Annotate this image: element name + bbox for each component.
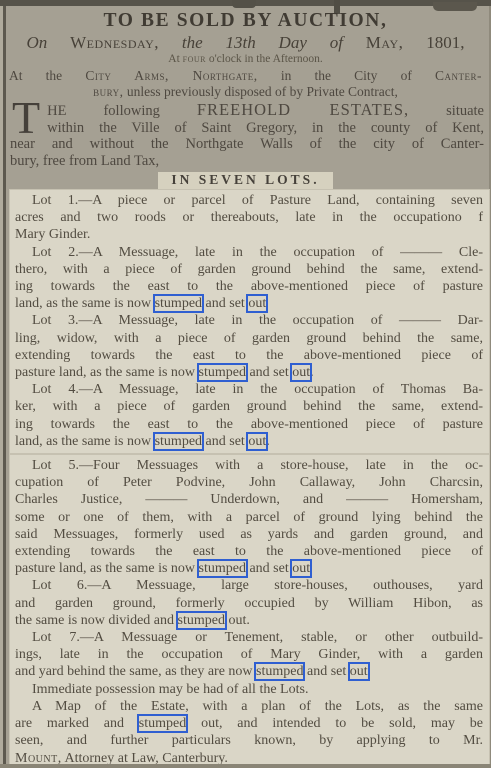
text-line: extending towards the east to the above-…	[15, 543, 483, 560]
text-segment: On	[27, 33, 71, 52]
search-hit-highlight[interactable]: stumped	[256, 664, 303, 679]
text-line: HE following FREEHOLD ESTATES, situate	[10, 102, 484, 120]
paragraph-lot-7: Lot 7.—A Messuage or Tenement, stable, o…	[15, 629, 483, 681]
text-segment: are marked and	[15, 716, 139, 731]
text-line: cupation of Peter Podvine, John Callaway…	[15, 474, 483, 491]
text-line: At four o'clock in the Afternoon.	[0, 53, 491, 66]
text-segment: .	[310, 365, 314, 380]
text-line: bury, unless previously disposed of by P…	[9, 84, 482, 100]
text-segment: Lot 5.—Four Messuages with a store-house…	[32, 458, 483, 473]
text-segment: some or one of them, with a parcel of gr…	[15, 510, 483, 525]
text-line: Immediate possession may be had of all t…	[15, 681, 483, 698]
text-segment: the 13th Day of	[159, 33, 366, 52]
text-line: TO BE SOLD BY AUCTION,	[0, 9, 491, 32]
text-line: the same is now divided and stumped out.	[15, 612, 483, 629]
text-segment: out.	[225, 613, 250, 628]
text-segment: o'clock in the Afternoon.	[206, 53, 323, 65]
text-line: near and without the Northgate Walls of …	[10, 136, 484, 153]
text-line: seen, and further particulars known, by …	[15, 732, 483, 749]
text-segment: Immediate possession may be had of all t…	[32, 682, 308, 697]
freehold-estates-paragraph: T HE following FREEHOLD ESTATES, situate…	[0, 102, 491, 169]
text-line: bury, free from Land Tax,	[10, 153, 484, 170]
text-segment: TO BE SOLD BY AUCTION,	[104, 10, 388, 31]
text-segment: 1801,	[403, 33, 464, 52]
text-segment: and set	[202, 296, 248, 311]
newspaper-clipping: { "colors": { "outer_background": "#a5a0…	[0, 0, 491, 768]
text-segment: Wednesday,	[70, 33, 159, 52]
search-hit-highlight[interactable]: out	[292, 561, 310, 576]
paragraph-lot-3: Lot 3.—A Messuage, late in the occupatio…	[15, 312, 483, 381]
text-segment: extending towards the east to the above-…	[15, 544, 483, 559]
text-segment: Lot 1.—A piece or parcel of Pasture Land…	[32, 193, 483, 208]
text-line: Charles Justice, ——— Underdown, and ——— …	[15, 491, 483, 508]
text-line: Lot 1.—A piece or parcel of Pasture Land…	[15, 192, 483, 209]
text-line: ling, widow, with a piece of garden grou…	[15, 330, 483, 347]
text-segment: HE following	[47, 103, 197, 119]
text-line: pasture land, as the same is now stumped…	[15, 364, 483, 381]
text-segment: bury, free from Land Tax,	[10, 153, 159, 169]
text-segment: A Map of the Estate, with a plan of the …	[32, 699, 483, 714]
search-hit-highlight[interactable]: stumped	[199, 561, 246, 576]
paragraph-lot-6: Lot 6.—A Messuage, large store-houses, o…	[15, 577, 483, 629]
text-line: extending towards the east to the above-…	[15, 347, 483, 364]
lots-text-area: Lot 1.—A piece or parcel of Pasture Land…	[0, 190, 491, 768]
text-segment: out, and intended to be sold, may be	[186, 716, 483, 731]
search-hit-highlight[interactable]: stumped	[199, 365, 246, 380]
text-line: Lot 3.—A Messuage, late in the occupatio…	[15, 312, 483, 329]
search-hit-highlight[interactable]: stumped	[155, 296, 202, 311]
text-line: acres and two roods or thereabouts, late…	[15, 209, 483, 226]
paragraph-lot-1: Lot 1.—A piece or parcel of Pasture Land…	[15, 192, 483, 244]
auction-notice-header: TO BE SOLD BY AUCTION,On Wednesday, the …	[0, 0, 491, 190]
search-result-highlight-block: Lot 5.—Four Messuages with a store-house…	[10, 455, 489, 768]
text-segment: in the City of	[258, 68, 435, 83]
text-line: Lot 7.—A Messuage or Tenement, stable, o…	[15, 629, 483, 646]
text-segment: Canter-	[435, 68, 482, 83]
text-segment: Mary Ginder.	[15, 227, 90, 242]
search-hit-highlight[interactable]: out	[350, 664, 368, 679]
text-segment: thero, with a piece of garden ground beh…	[15, 262, 483, 277]
text-segment: Lot 7.—A Messuage or Tenement, stable, o…	[32, 630, 483, 645]
text-segment: At	[168, 53, 182, 65]
text-line: On Wednesday, the 13th Day of May, 1801,	[27, 33, 465, 52]
text-line: At the City Arms, Northgate, in the City…	[9, 68, 482, 84]
text-segment: acres and two roods or thereabouts, late…	[15, 210, 483, 225]
header-title-lines: TO BE SOLD BY AUCTION,On Wednesday, the …	[0, 9, 491, 66]
text-line: some or one of them, with a parcel of gr…	[15, 509, 483, 526]
text-segment: Charles Justice, ——— Underdown, and ——— …	[15, 492, 483, 507]
text-segment: said Messuages, formerly used as yards a…	[15, 527, 483, 542]
text-segment: and set	[246, 365, 292, 380]
text-segment: the same is now divided and	[15, 613, 178, 628]
text-line: ing towards the east to the above-mentio…	[15, 278, 483, 295]
text-segment: At the	[9, 68, 85, 83]
search-hit-highlight[interactable]: stumped	[139, 716, 186, 731]
text-line: ings, late in the occupation of Mary Gin…	[15, 646, 483, 663]
paragraph-lot-4: Lot 4.—A Messuage, late in the occupatio…	[15, 381, 483, 450]
text-segment: within the Ville of Saint Gregory, in th…	[47, 120, 484, 136]
text-segment: and set	[303, 664, 349, 679]
text-line: thero, with a piece of garden ground beh…	[15, 261, 483, 278]
text-line: within the Ville of Saint Gregory, in th…	[10, 120, 484, 137]
text-segment: ing towards the east to the above-mentio…	[15, 417, 483, 432]
text-segment: FREEHOLD ESTATES,	[197, 100, 409, 119]
in-seven-lots-row: IN SEVEN LOTS.	[0, 171, 491, 190]
text-line: Lot 5.—Four Messuages with a store-house…	[15, 457, 483, 474]
text-segment: Lot 6.—A Messuage, large store-houses, o…	[32, 578, 483, 593]
text-segment: May,	[366, 33, 404, 52]
text-segment: and set	[246, 561, 292, 576]
text-segment: Lot 3.—A Messuage, late in the occupatio…	[32, 313, 483, 328]
text-line: Lot 4.—A Messuage, late in the occupatio…	[15, 381, 483, 398]
text-segment: cupation of Peter Podvine, John Callaway…	[15, 475, 483, 490]
text-segment: and yard behind the same, as they are no…	[15, 664, 256, 679]
text-segment: near and without the Northgate Walls of …	[10, 136, 484, 152]
text-line: pasture land, as the same is now stumped…	[15, 560, 483, 577]
text-line: are marked and stumped out, and intended…	[15, 715, 483, 732]
paragraph-lot-5: Lot 5.—Four Messuages with a store-house…	[15, 457, 483, 577]
text-line: ing towards the east to the above-mentio…	[15, 416, 483, 433]
text-line: and yard behind the same, as they are no…	[15, 663, 483, 680]
text-line: ker, with a piece of garden ground behin…	[15, 398, 483, 415]
search-hit-highlight[interactable]: stumped	[178, 613, 225, 628]
text-line: land, as the same is now stumped and set…	[15, 295, 483, 312]
paragraph-lot-2: Lot 2.—A Messuage, late in the occupatio…	[15, 244, 483, 313]
search-result-highlight-block: Lot 1.—A piece or parcel of Pasture Land…	[10, 190, 489, 453]
freehold-lines: HE following FREEHOLD ESTATES, situatewi…	[10, 102, 484, 169]
text-segment: extending towards the east to the above-…	[15, 348, 483, 363]
text-line: A Map of the Estate, with a plan of the …	[15, 698, 483, 715]
search-hit-highlight[interactable]: out	[248, 296, 266, 311]
text-segment: four	[183, 53, 206, 65]
text-segment: seen, and further particulars known, by …	[15, 733, 483, 748]
text-segment: ker, with a piece of garden ground behin…	[15, 399, 483, 414]
text-segment: .	[266, 434, 270, 449]
text-line: Lot 6.—A Messuage, large store-houses, o…	[15, 577, 483, 594]
text-segment: unless previously disposed of by Private…	[123, 84, 397, 99]
text-segment: Lot 2.—A Messuage, late in the occupatio…	[32, 245, 483, 260]
search-hit-highlight[interactable]: out	[292, 365, 310, 380]
text-line: Lot 2.—A Messuage, late in the occupatio…	[15, 244, 483, 261]
text-line: land, as the same is now stumped and set…	[15, 433, 483, 450]
drop-cap-T: T	[10, 102, 47, 134]
text-segment: ing towards the east to the above-mentio…	[15, 279, 483, 294]
text-segment: pasture land, as the same is now	[15, 561, 199, 576]
paragraph-map-of-estate: A Map of the Estate, with a plan of the …	[15, 698, 483, 767]
scan-bottom-edge	[0, 764, 491, 768]
in-seven-lots-banner: IN SEVEN LOTS.	[158, 172, 332, 191]
search-hit-highlight[interactable]: stumped	[155, 434, 202, 449]
text-segment: ings, late in the occupation of Mary Gin…	[15, 647, 483, 662]
text-line: and garden ground, formerly occupied by …	[15, 595, 483, 612]
text-segment: Lot 4.—A Messuage, late in the occupatio…	[32, 382, 483, 397]
venue-lines: At the City Arms, Northgate, in the City…	[0, 68, 491, 99]
paragraph-immediate-possession: Immediate possession may be had of all t…	[15, 681, 483, 698]
text-segment: bury,	[93, 84, 123, 99]
text-segment: situate	[409, 103, 484, 119]
search-hit-highlight[interactable]: out	[248, 434, 266, 449]
text-segment: land, as the same is now	[15, 434, 155, 449]
text-segment: pasture land, as the same is now	[15, 365, 199, 380]
text-segment: City Arms, Northgate,	[85, 68, 257, 83]
text-segment: and set	[202, 434, 248, 449]
text-segment: land, as the same is now	[15, 296, 155, 311]
text-segment: and garden ground, formerly occupied by …	[15, 596, 483, 611]
text-line: said Messuages, formerly used as yards a…	[15, 526, 483, 543]
text-segment: ling, widow, with a piece of garden grou…	[15, 331, 483, 346]
text-line: Mary Ginder.	[15, 226, 483, 243]
